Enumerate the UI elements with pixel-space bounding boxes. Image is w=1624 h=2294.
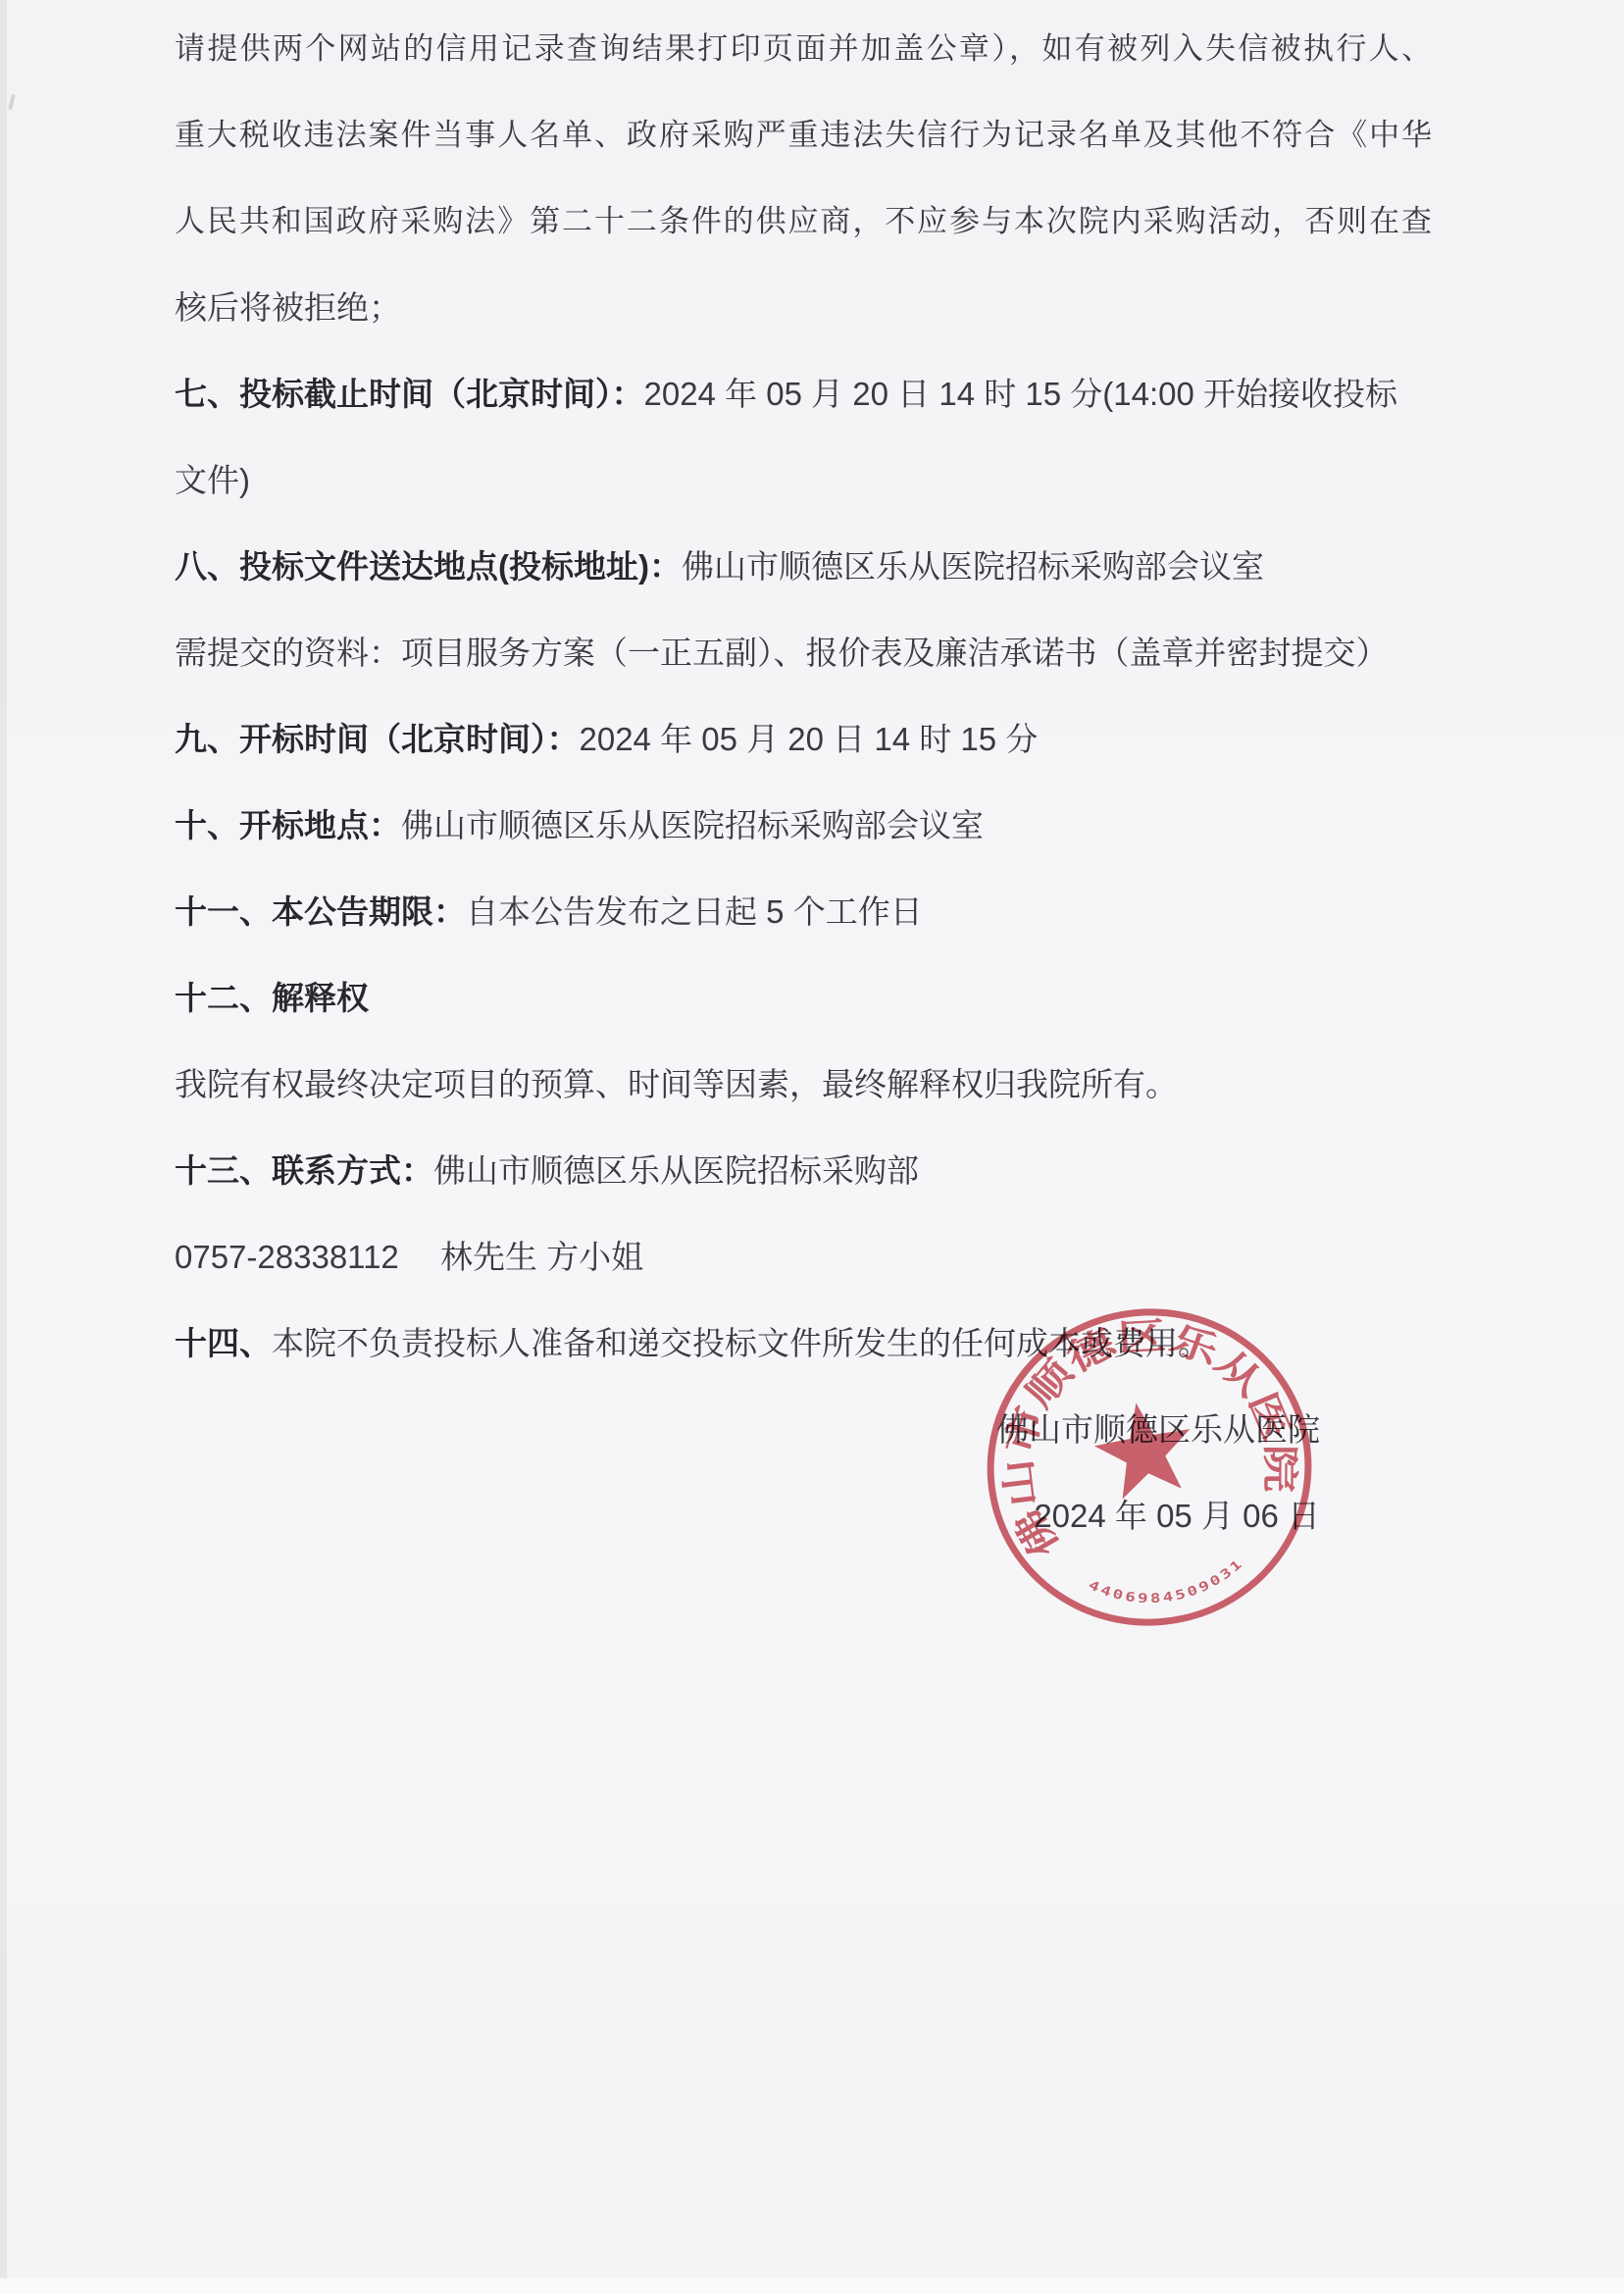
section-9-label: 九、开标时间（北京时间）： bbox=[175, 721, 580, 757]
section-9-line: 九、开标时间（北京时间）：2024 年 05 月 20 日 14 时 15 分 bbox=[175, 696, 1432, 783]
section-10-label: 十、开标地点： bbox=[175, 807, 401, 843]
section-13-line: 十三、联系方式：佛山市顺德区乐从医院招标采购部 bbox=[175, 1128, 1432, 1214]
scan-edge-light bbox=[0, 2278, 1624, 2294]
section-7-label: 七、投标截止时间（北京时间）： bbox=[175, 376, 644, 412]
official-stamp: 佛山市顺德区乐从医院 4406984509031 bbox=[979, 1302, 1320, 1636]
section-8-note: 需提交的资料：项目服务方案（一正五副）、报价表及廉洁承诺书（盖章并密封提交） bbox=[175, 610, 1432, 696]
scan-edge-shadow bbox=[0, 0, 7, 2294]
section-14-label: 十四、 bbox=[175, 1325, 272, 1361]
section-10-line: 十、开标地点：佛山市顺德区乐从医院招标采购部会议室 bbox=[175, 783, 1432, 869]
section-11-value: 自本公告发布之日起 5 个工作日 bbox=[466, 893, 923, 930]
para-line-3: 人民共和国政府采购法》第二十二条件的供应商，不应参与本次院内采购活动，否则在查 bbox=[175, 178, 1432, 265]
section-12-body: 我院有权最终决定项目的预算、时间等因素，最终解释权归我院所有。 bbox=[175, 1042, 1432, 1128]
para-line-4: 核后将被拒绝； bbox=[175, 265, 1432, 351]
svg-text:4406984509031: 4406984509031 bbox=[1084, 1552, 1250, 1619]
section-11-label: 十一、本公告期限： bbox=[175, 893, 466, 930]
stamp-star-icon bbox=[1089, 1395, 1200, 1503]
section-12-label: 十二、解释权 bbox=[175, 980, 369, 1016]
section-8-label: 八、投标文件送达地点(投标地址)： bbox=[175, 548, 682, 585]
section-8-value: 佛山市顺德区乐从医院招标采购部会议室 bbox=[682, 548, 1264, 585]
section-12-line: 十二、解释权 bbox=[175, 955, 1432, 1042]
section-7-continuation: 文件) bbox=[175, 437, 1432, 524]
section-7-value: 2024 年 05 月 20 日 14 时 15 分(14:00 开始接收投标 bbox=[644, 376, 1398, 412]
para-line-2: 重大税收违法案件当事人名单、政府采购严重违法失信行为记录名单及其他不符合《中华 bbox=[175, 92, 1432, 178]
section-13-label: 十三、联系方式： bbox=[175, 1152, 433, 1189]
scanned-document-page: 请提供两个网站的信用记录查询结果打印页面并加盖公章），如有被列入失信被执行人、 … bbox=[0, 0, 1624, 2294]
section-11-line: 十一、本公告期限：自本公告发布之日起 5 个工作日 bbox=[175, 869, 1432, 955]
section-13-value: 佛山市顺德区乐从医院招标采购部 bbox=[433, 1152, 919, 1189]
section-10-value: 佛山市顺德区乐从医院招标采购部会议室 bbox=[401, 807, 984, 843]
scan-artifact bbox=[8, 94, 16, 110]
section-8-line: 八、投标文件送达地点(投标地址)：佛山市顺德区乐从医院招标采购部会议室 bbox=[175, 524, 1432, 610]
para-line-1: 请提供两个网站的信用记录查询结果打印页面并加盖公章），如有被列入失信被执行人、 bbox=[175, 6, 1432, 92]
section-7-line: 七、投标截止时间（北京时间）：2024 年 05 月 20 日 14 时 15 … bbox=[175, 351, 1432, 437]
contact-phone-line: 0757-28338112 林先生 方小姐 bbox=[175, 1214, 1432, 1300]
stamp-serial: 4406984509031 bbox=[1084, 1552, 1250, 1619]
section-9-value: 2024 年 05 月 20 日 14 时 15 分 bbox=[580, 721, 1039, 757]
